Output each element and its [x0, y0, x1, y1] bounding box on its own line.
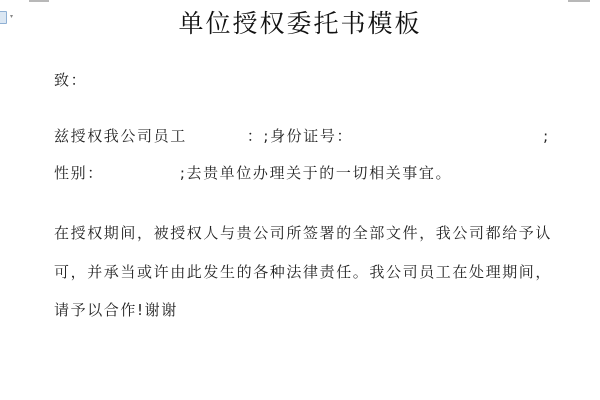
gender-line-suffix: ;去贵单位办理关于的一切相关事宜。	[180, 164, 452, 182]
paragraph-line: 可，并承当或许由此发生的各种法律责任。我公司员工在处理期间，	[54, 261, 552, 282]
gender-label: 性别：	[54, 164, 104, 182]
recipient-line: 致：	[54, 69, 87, 90]
authorization-line-end: ;	[543, 127, 550, 145]
authorization-prefix: 兹授权我公司员工	[54, 127, 187, 145]
paragraph-line: 在授权期间，被授权人与贵公司所签署的全部文件，我公司都给予认	[54, 222, 552, 243]
id-number-label: ：;身份证号：	[247, 127, 353, 145]
gender-line: 性别：;去贵单位办理关于的一切相关事宜。	[54, 162, 452, 183]
paragraph-line: 请予以合作!谢谢	[54, 299, 178, 320]
authorization-line: 兹授权我公司员工：;身份证号：;	[54, 125, 550, 146]
left-margin-marker	[29, 0, 49, 2]
right-margin-marker	[568, 0, 590, 2]
document-title: 单位授权委托书模板	[0, 4, 600, 40]
